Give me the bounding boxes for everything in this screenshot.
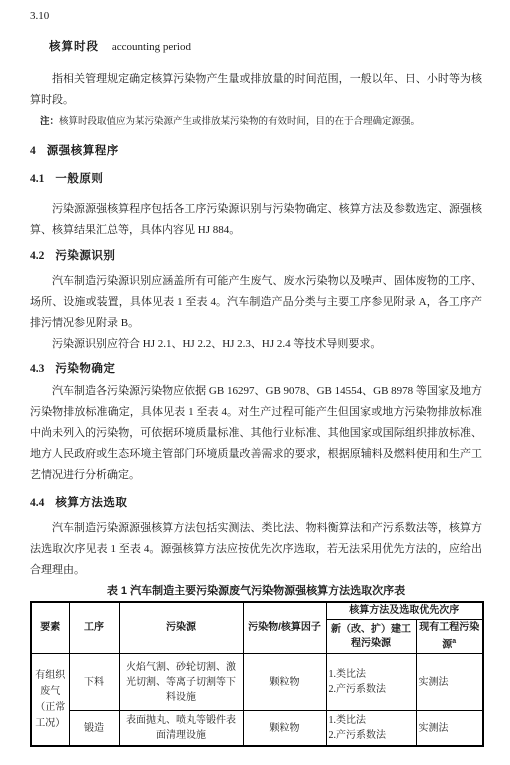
heading-number: 4.3: [30, 363, 44, 375]
section-4-1-heading: 4.1一般原则: [30, 169, 482, 190]
heading-title: 一般原则: [55, 173, 103, 185]
term-definition-paragraph: 指相关管理规定确定核算污染物产生量或排放量的时间范围，一般以年、日、小时等为核算…: [30, 69, 482, 111]
heading-number: 4.2: [30, 250, 44, 262]
heading-title: 污染源识别: [55, 250, 115, 262]
heading-title: 源强核算程序: [47, 145, 119, 157]
td-existing-method: 实测法: [416, 654, 483, 711]
td-element-group: 有组织废气（正常工况）: [31, 654, 69, 746]
td-pollution-source: 火焰气割、砂轮切割、激光切割、等离子切割等下料设施: [119, 654, 243, 711]
section-4-4-heading: 4.4核算方法选取: [30, 493, 482, 514]
td-process: 下料: [69, 654, 119, 711]
td-pollution-source: 表面抛丸、喷丸等锻件表面清理设施: [119, 711, 243, 746]
td-new-methods: 1.类比法 2.产污系数法: [326, 654, 416, 711]
method-line: 1.类比法: [329, 667, 414, 682]
th-element-factor: 要素: [31, 602, 69, 654]
section-4-1-paragraph: 污染源源强核算程序包括各工序污染源识别与污染物确定、核算方法及参数选定、源强核算…: [30, 199, 482, 241]
term-heading: 核算时段 accounting period: [49, 37, 482, 58]
th-new-project-source: 新（改、扩）建工程污染源: [326, 620, 416, 654]
note-text: 核算时段取值应为某污染源产生或排放某污染物的有效时间，目的在于合理确定源强。: [59, 117, 420, 127]
note-label: 注：: [40, 116, 59, 127]
td-existing-method: 实测法: [416, 711, 483, 746]
clause-number: 3.10: [30, 6, 482, 27]
document-page: 3.10 核算时段 accounting period 指相关管理规定确定核算污…: [0, 0, 510, 765]
heading-number: 4.4: [30, 497, 44, 509]
heading-title: 污染物确定: [55, 363, 115, 375]
table-row: 锻造 表面抛丸、喷丸等锻件表面清理设施 颗粒物 1.类比法 2.产污系数法 实测…: [31, 711, 483, 746]
section-4-2-paragraph-1: 汽车制造污染源识别应涵盖所有可能产生废气、废水污染物以及噪声、固体废物的工序、场…: [30, 271, 482, 334]
th-pollution-source: 污染源: [119, 602, 243, 654]
term-name-zh: 核算时段: [49, 41, 99, 53]
th-existing-label: 现有工程污染源: [419, 622, 479, 650]
th-process: 工序: [69, 602, 119, 654]
section-4-heading: 4源强核算程序: [30, 141, 482, 162]
note-line: 注：核算时段取值应为某污染源产生或排放某污染物的有效时间，目的在于合理确定源强。: [40, 114, 482, 130]
section-4-3-paragraph: 汽车制造各污染源污染物应依据 GB 16297、GB 9078、GB 14554…: [30, 381, 482, 486]
existing-superscript: a: [452, 638, 456, 645]
table-1-caption: 表 1 汽车制造主要污染源废气污染物源强核算方法选取次序表: [30, 584, 482, 599]
table-row: 有组织废气（正常工况） 下料 火焰气割、砂轮切割、激光切割、等离子切割等下料设施…: [31, 654, 483, 711]
table-header-span-row: 要素 工序 污染源 污染物/核算因子 核算方法及选取优先次序: [31, 602, 483, 620]
td-new-methods: 1.类比法 2.产污系数法: [326, 711, 416, 746]
term-name-en: accounting period: [112, 41, 191, 53]
method-line: 2.产污系数法: [329, 682, 414, 697]
section-4-2-paragraph-2: 污染源识别应符合 HJ 2.1、HJ 2.2、HJ 2.3、HJ 2.4 等技术…: [30, 334, 482, 355]
th-method-priority: 核算方法及选取优先次序: [326, 602, 483, 620]
td-process: 锻造: [69, 711, 119, 746]
heading-number: 4: [30, 145, 36, 157]
heading-title: 核算方法选取: [55, 497, 127, 509]
method-line: 1.类比法: [329, 713, 414, 728]
section-4-3-heading: 4.3污染物确定: [30, 359, 482, 380]
section-4-4-paragraph: 汽车制造污染源源强核算方法包括实测法、类比法、物料衡算法和产污系数法等，核算方法…: [30, 518, 482, 581]
th-existing-project-source: 现有工程污染源a: [416, 620, 483, 654]
method-line: 2.产污系数法: [329, 728, 414, 743]
td-pollutant: 颗粒物: [243, 711, 326, 746]
methods-priority-table: 要素 工序 污染源 污染物/核算因子 核算方法及选取优先次序 新（改、扩）建工程…: [30, 601, 484, 747]
section-4-2-heading: 4.2污染源识别: [30, 246, 482, 267]
td-pollutant: 颗粒物: [243, 654, 326, 711]
th-pollutant-factor: 污染物/核算因子: [243, 602, 326, 654]
heading-number: 4.1: [30, 173, 44, 185]
